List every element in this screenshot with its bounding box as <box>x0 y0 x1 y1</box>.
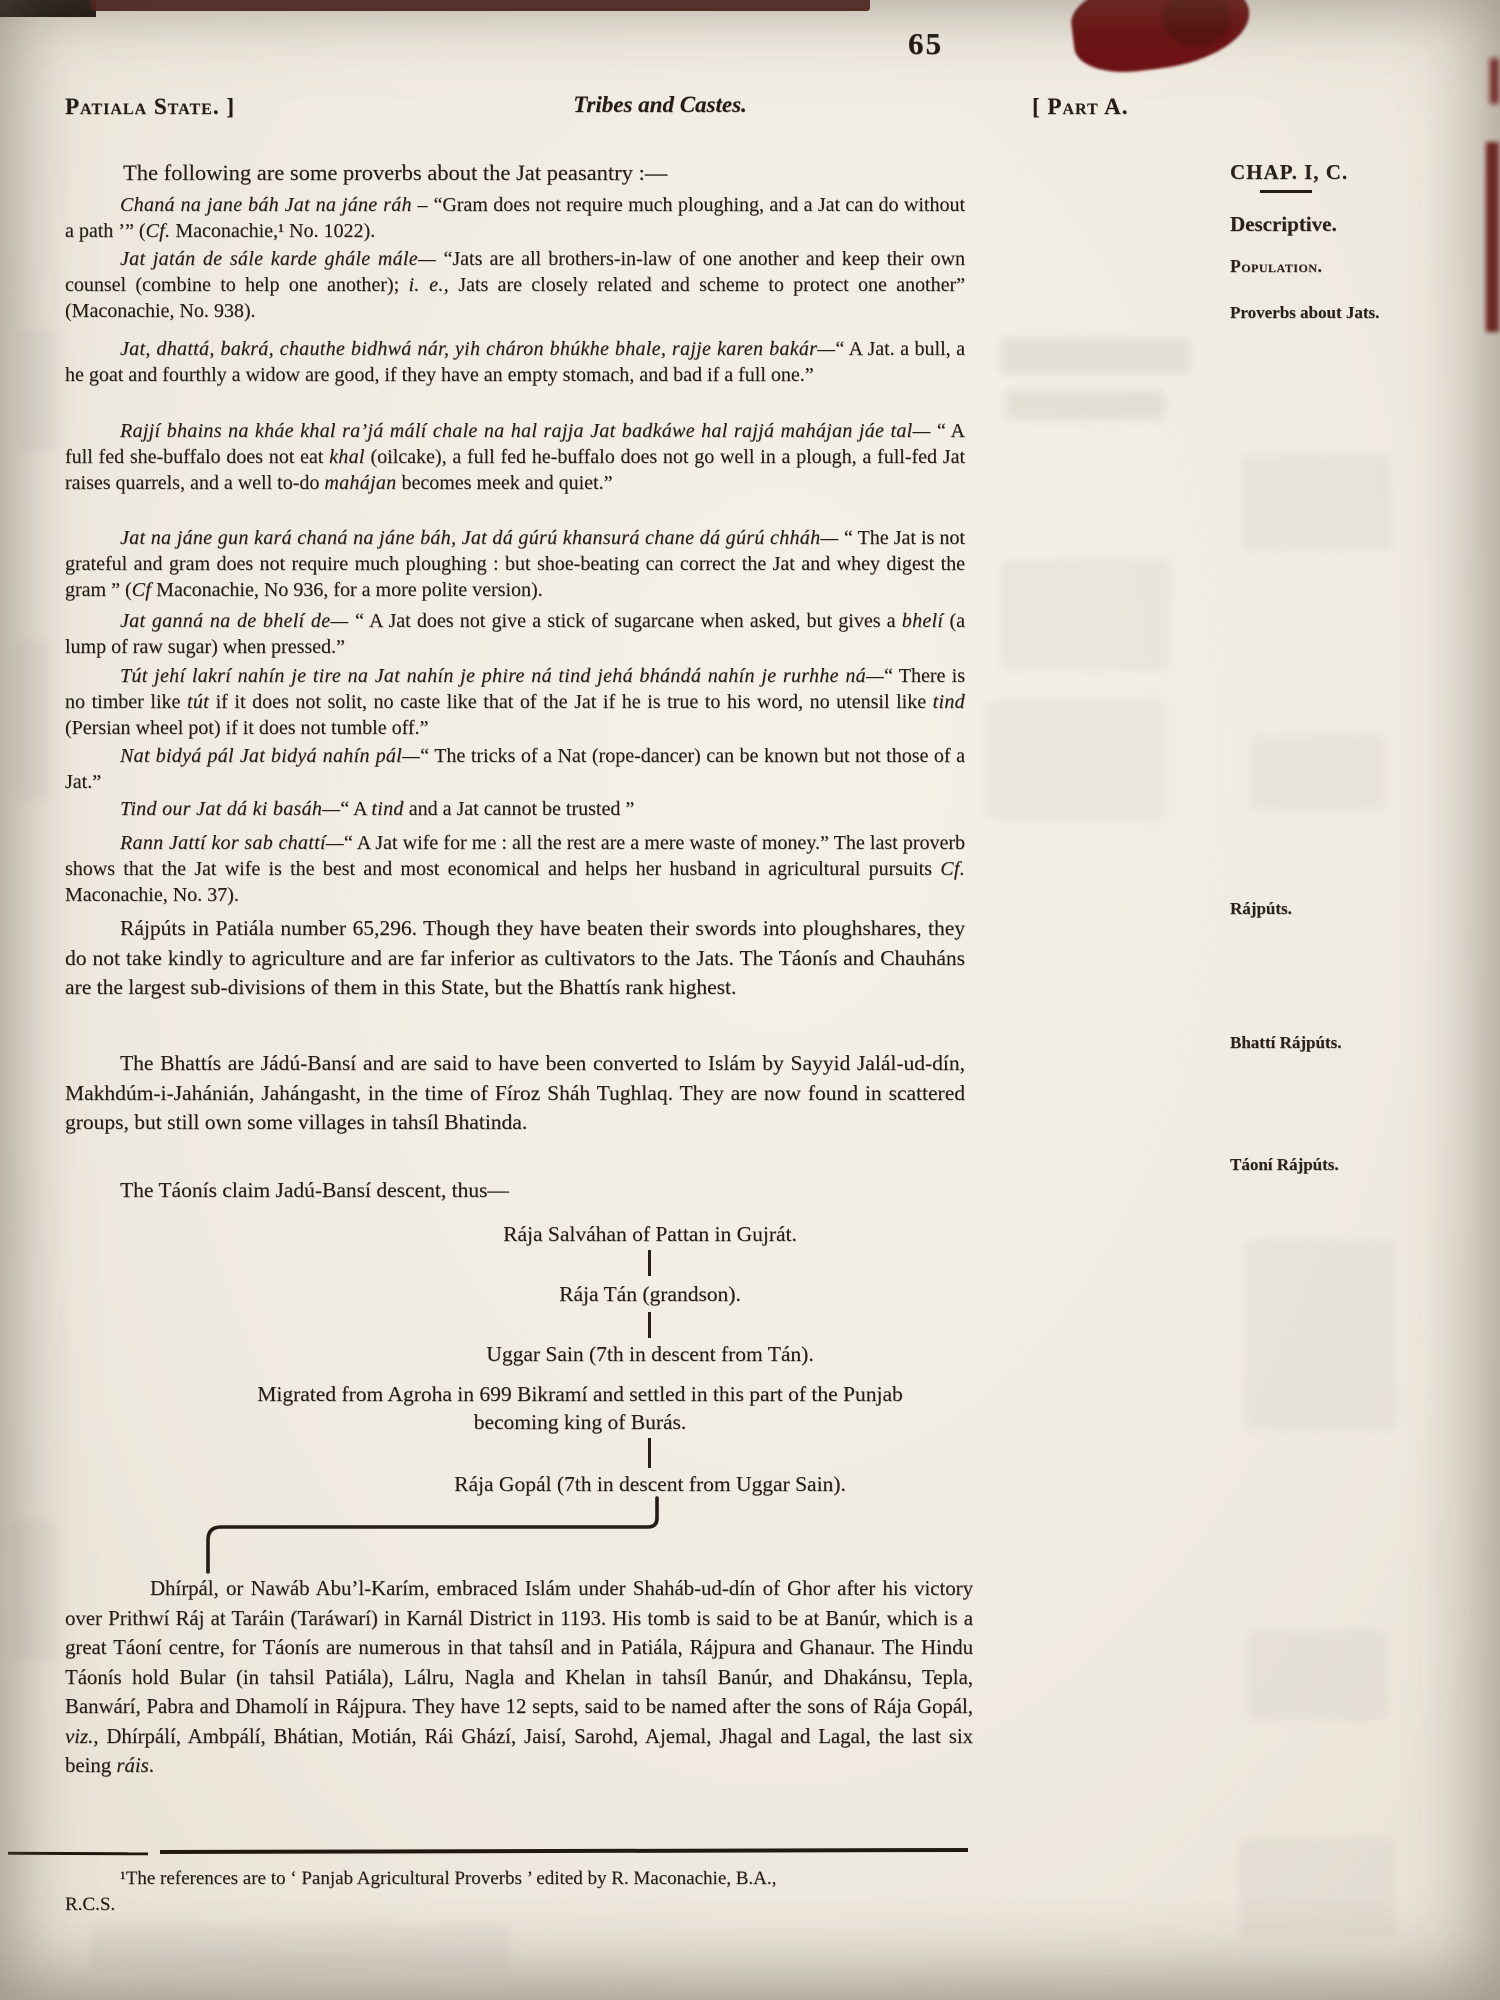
body-text: and a Jat cannot be trusted ” <box>404 798 634 820</box>
vernacular-italic-text: Rann Jattí kor sab chattí— <box>120 832 344 854</box>
paragraph-p10: Rann Jattí kor sab chattí—“ A Jat wife f… <box>65 830 965 908</box>
vernacular-italic-text: Jat, dhattá, bakrá, chauthe bidhwá nár, … <box>120 338 835 360</box>
vernacular-italic-text: Chaná na jane báh Jat na jáne ráh – <box>120 194 433 216</box>
body-text: if it does not solit, no caste like that… <box>209 691 933 713</box>
footnote-rule <box>160 1848 968 1854</box>
paragraph-p6: Jat ganná na de bhelí de— “ A Jat does n… <box>65 608 965 660</box>
tree-connector-bar <box>648 1312 651 1338</box>
vernacular-italic-text: Jat na jáne gun kará chaná na jáne báh, … <box>120 527 844 549</box>
body-text: The Bhattís are Jádú-Bansí and are said … <box>65 1051 965 1134</box>
tree-entry: becoming king of Burás. <box>65 1410 1095 1435</box>
margin-note-rajputs: Rájpúts. <box>1230 898 1388 921</box>
bleed-through-smudge <box>15 640 50 800</box>
vernacular-italic-text: Cf. <box>146 220 171 242</box>
vernacular-italic-text: mahájan <box>324 472 396 494</box>
footnote-rule-left <box>8 1852 148 1856</box>
body-text: Maconachie,¹ No. 1022). <box>170 220 375 242</box>
body-text: Dhírpálí, Ambpálí, Bhátian, Motián, Rái … <box>65 1725 973 1778</box>
body-text: Maconachie, No 936, for a more polite ve… <box>151 579 543 601</box>
vernacular-italic-text: i. e., <box>408 274 449 296</box>
tree-connector-bar <box>648 1250 651 1276</box>
paragraph-p0: The following are some proverbs about th… <box>65 160 965 186</box>
bleed-through-smudge <box>1242 455 1392 550</box>
body-text: Rájpúts in Patiála number 65,296. Though… <box>65 916 965 999</box>
scan-artifact-red-strip <box>90 0 870 11</box>
vernacular-italic-text: viz., <box>65 1725 99 1748</box>
body-text: “ A Jat does not give a stick of sugarca… <box>355 610 902 632</box>
vernacular-italic-text: tút <box>187 691 209 713</box>
vernacular-italic-text: bhelí <box>902 610 944 632</box>
vernacular-italic-text: tind <box>933 691 965 713</box>
vernacular-italic-text: khal <box>329 446 365 468</box>
paragraph-p13: The Táonís claim Jadú-Bansí descent, thu… <box>65 1176 965 1206</box>
vernacular-italic-text: Jat ganná na de bhelí de— <box>120 610 355 632</box>
bleed-through-smudge <box>985 700 1165 820</box>
margin-note-bhatti: Bhattí Rájpúts. <box>1230 1032 1388 1055</box>
paragraph-p2: Jat jatán de sále karde ghále mále— “Jat… <box>65 246 965 324</box>
bleed-through-smudge <box>1240 1838 1395 1938</box>
tree-entry: Rája Tán (grandson). <box>65 1282 1235 1307</box>
bleed-through-smudge <box>1248 1630 1388 1720</box>
margin-note-chap: CHAP. I, C. <box>1230 160 1348 193</box>
tree-entry: Rája Salváhan of Pattan in Gujrát. <box>65 1222 1235 1247</box>
body-text: becomes meek and quiet.” <box>396 472 612 494</box>
body-text: The following are some proverbs about th… <box>123 160 667 185</box>
bleed-through-smudge <box>12 1520 57 1660</box>
running-head-title: Tribes and Castes. <box>470 92 850 118</box>
tree-elbow-connector <box>65 1496 1235 1585</box>
vernacular-italic-text: Jat jatán de sále karde ghále mále— <box>120 248 444 270</box>
bleed-through-smudge <box>1005 390 1165 420</box>
vernacular-italic-text: Nat bidyá pál Jat bidyá nahín pál— <box>120 745 420 767</box>
margin-note-proverbs: Proverbs about Jats. <box>1230 302 1388 325</box>
tree-entry: Migrated from Agroha in 699 Bikramí and … <box>65 1382 1095 1407</box>
footnote: ¹The references are to ‘ Panjab Agricult… <box>65 1866 970 1918</box>
bleed-through-smudge <box>90 1925 510 1970</box>
running-head-left: Patiala State. ] <box>65 94 235 120</box>
paragraph-p3: Jat, dhattá, bakrá, chauthe bidhwá nár, … <box>65 336 965 388</box>
body-text: (Persian wheel pot) if it does not tumbl… <box>65 717 428 739</box>
margin-note-desc: Descriptive. <box>1230 212 1337 237</box>
body-text: Maconachie, No. 37). <box>65 884 239 906</box>
scan-artifact-edge-streak-small <box>1490 58 1499 104</box>
paragraph-p8: Nat bidyá pál Jat bidyá nahín pál—“ The … <box>65 743 965 795</box>
running-head-right: [ Part A. <box>1032 94 1129 120</box>
bleed-through-smudge <box>1000 560 1170 670</box>
paragraph-p9: Tind our Jat dá ki basáh—“ A tind and a … <box>65 796 965 822</box>
tree-connector-bar <box>648 1438 651 1468</box>
bleed-through-smudge <box>1000 338 1190 374</box>
vernacular-italic-text: Cf <box>132 579 152 601</box>
tree-entry: Rája Gopál (7th in descent from Uggar Sa… <box>65 1472 1235 1497</box>
margin-note-pop: Population. <box>1230 256 1322 277</box>
bleed-through-smudge <box>18 330 58 450</box>
paragraph-p5: Jat na jáne gun kará chaná na jáne báh, … <box>65 525 965 603</box>
paragraph-p11: Rájpúts in Patiála number 65,296. Though… <box>65 914 965 1003</box>
vernacular-italic-text: Tút jehí lakrí nahín je tire na Jat nahí… <box>120 665 884 687</box>
vernacular-italic-text: Cf. <box>940 858 965 880</box>
body-text: . <box>149 1754 154 1777</box>
page-number: 65 <box>908 26 943 62</box>
paragraph-p1: Chaná na jane báh Jat na jáne ráh – “Gra… <box>65 192 965 244</box>
body-text: “ A <box>340 798 371 820</box>
margin-note-taoni: Táoní Rájpúts. <box>1230 1154 1388 1177</box>
paragraph-p4: Rajjí bhains na kháe khal ra’já málí cha… <box>65 418 965 496</box>
scan-artifact-edge-streak <box>1486 142 1499 332</box>
footnote-line: R.C.S. <box>65 1892 970 1918</box>
paragraph-p14: Dhírpál, or Nawáb Abu’l-Karím, embraced … <box>65 1574 973 1781</box>
paragraph-p12: The Bhattís are Jádú-Bansí and are said … <box>65 1049 965 1138</box>
scanned-book-page: 65 Patiala State. ] Tribes and Castes. [… <box>0 0 1500 2000</box>
paragraph-p7: Tút jehí lakrí nahín je tire na Jat nahí… <box>65 663 965 741</box>
vernacular-italic-text: Tind our Jat dá ki basáh— <box>120 798 340 820</box>
bleed-through-smudge <box>1245 1240 1395 1430</box>
vernacular-italic-text: ráis <box>116 1754 148 1777</box>
body-text: The Táonís claim Jadú-Bansí descent, thu… <box>120 1178 509 1202</box>
bleed-through-smudge <box>1250 735 1385 810</box>
vernacular-italic-text: tind <box>371 798 403 820</box>
body-text: Dhírpál, or Nawáb Abu’l-Karím, embraced … <box>65 1577 973 1718</box>
scan-artifact-black-bar <box>0 0 96 17</box>
footnote-line: ¹The references are to ‘ Panjab Agricult… <box>65 1866 970 1892</box>
tree-entry: Uggar Sain (7th in descent from Tán). <box>65 1342 1235 1367</box>
vernacular-italic-text: Rajjí bhains na kháe khal ra’já málí cha… <box>120 420 937 442</box>
